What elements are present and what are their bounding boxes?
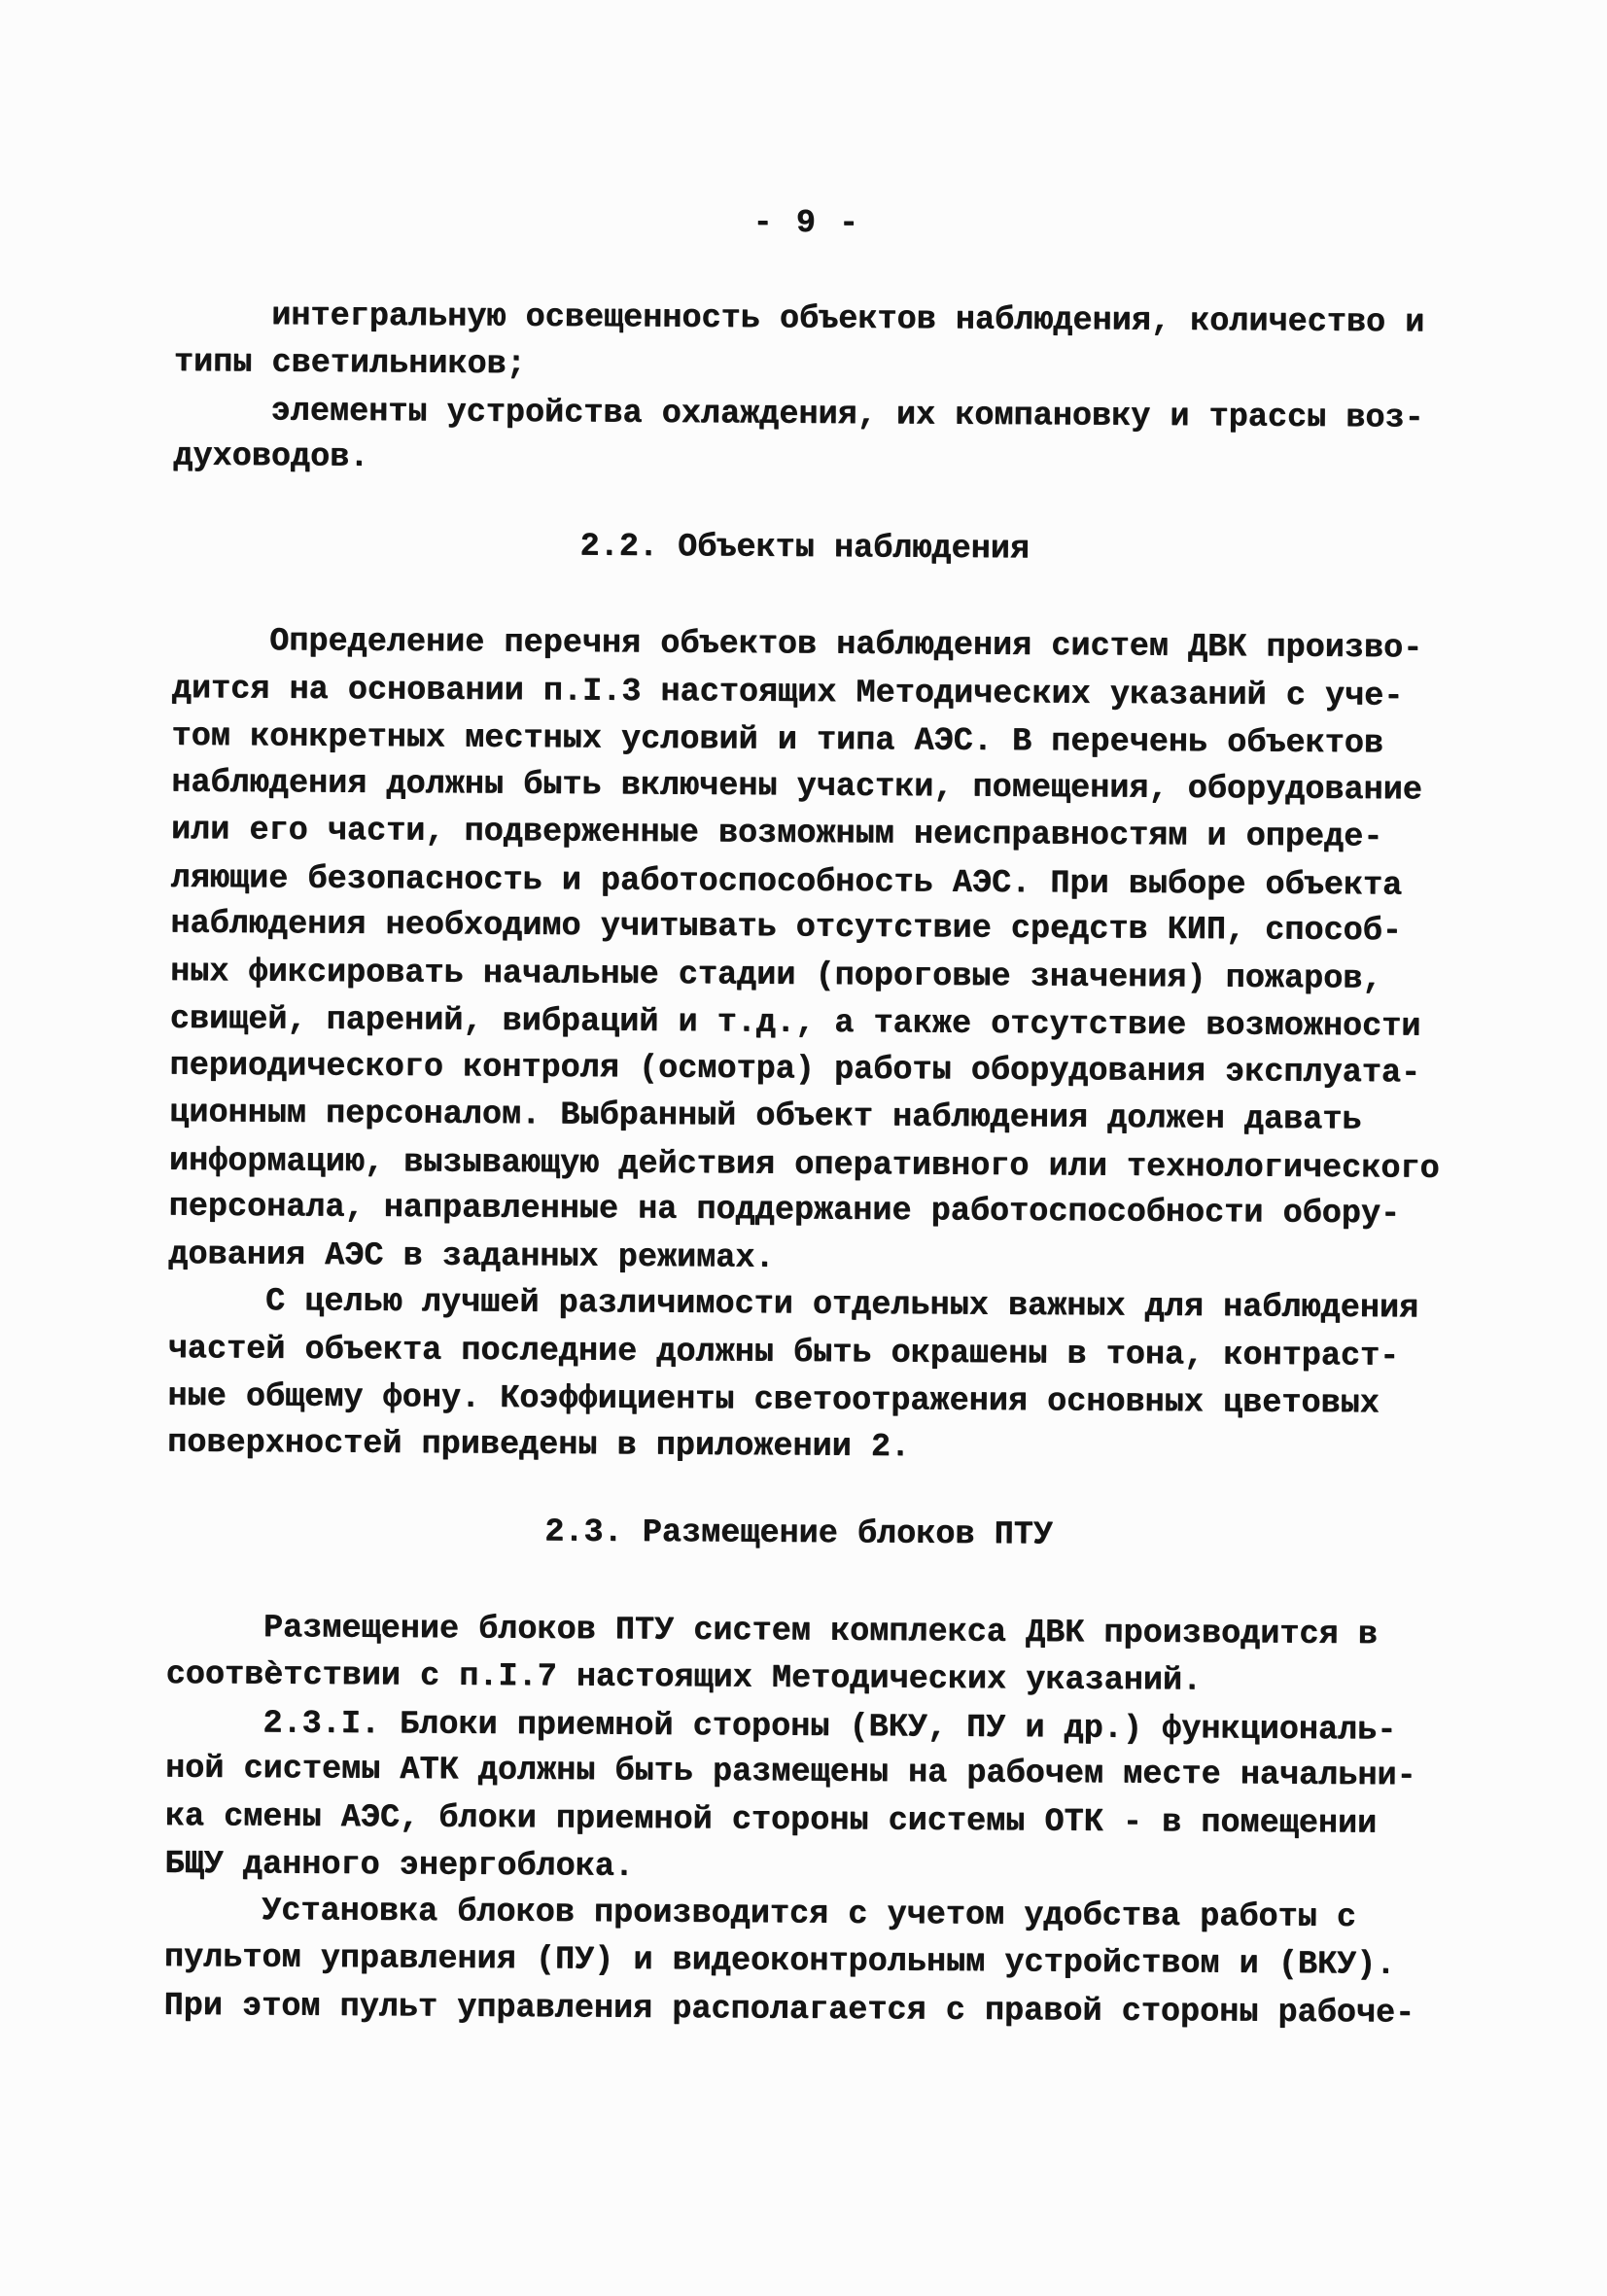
document-content: - 9 - интегральную освещенность объектов… [163,196,1467,2036]
text-line: дования АЭС в заданных режимах. [168,1231,1461,1286]
text-line: пультом управления (ПУ) и видеоконтрольн… [164,1934,1457,1990]
text-line: поверхностей приведены в приложении 2. [167,1419,1460,1475]
text-line: Определение перечня объектов наблюдения … [172,617,1465,673]
text-line: духоводов. [173,433,1466,488]
text-line: периодического контроля (осмотра) работы… [169,1042,1462,1097]
section-heading: 2.3. Размещение блоков ПТУ [152,1507,1445,1562]
text-line: ных фиксировать начальные стадии (порого… [170,948,1463,1003]
text-line: Установка блоков производится с учетом у… [164,1887,1457,1942]
text-line: персонала, направленные на поддержание р… [169,1183,1462,1238]
text-line: соотвѐтствии с п.I.7 настоящих Методичес… [166,1652,1459,1707]
paragraph: Определение перечня объектов наблюдения … [168,618,1465,1286]
paragraph: интегральную освещенность объектов наблю… [173,292,1467,488]
paragraph: Размещение блоков ПТУ систем комплекса Д… [163,1604,1459,2036]
text-line: С целью лучшей различимости отдельных ва… [168,1277,1461,1333]
paragraph: С целью лучшей различимости отдельных ва… [167,1278,1461,1475]
page-number: - 9 - [160,196,1453,252]
text-line: наблюдения должны быть включены участки,… [171,759,1464,815]
scanned-document-page: - 9 - интегральную освещенность объектов… [0,0,1607,2296]
text-line: типы светильников; [174,339,1467,395]
text-line: ционным персоналом. Выбранный объект наб… [169,1090,1462,1145]
text-line: интегральную освещенность объектов наблю… [174,292,1467,347]
text-line: ной системы АТК должны быть размещены на… [165,1745,1458,1800]
text-line: Размещение блоков ПТУ систем комплекса Д… [166,1604,1459,1659]
text-line: ка смены АЭС, блоки приемной стороны сис… [165,1792,1458,1848]
text-line: наблюдения необходимо учитывать отсутств… [170,900,1463,956]
text-line: дится на основании п.I.3 настоящих Метод… [172,665,1465,720]
text-line: частей объекта последние должны быть окр… [168,1325,1461,1380]
text-line: или его части, подверженные возможным не… [171,807,1464,862]
document-body: интегральную освещенность объектов наблю… [163,292,1467,2036]
text-line: При этом пульт управления располагается … [163,1982,1456,2037]
section-heading: 2.2. Объекты наблюдения [158,520,1451,575]
